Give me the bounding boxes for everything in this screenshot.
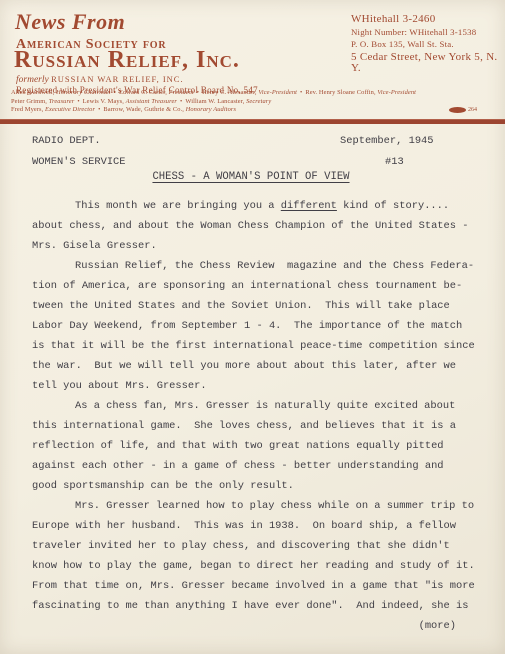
contact-po-box: P. O. Box 135, Wall St. Sta. <box>351 40 505 49</box>
paragraph-1: This month we are bringing you a differe… <box>32 196 488 256</box>
more-indicator: (more) <box>32 616 488 636</box>
union-bug-icon <box>449 107 466 113</box>
contact-address: 5 Cedar Street, New York 5, N. Y. <box>351 52 505 74</box>
formerly-name: RUSSIAN WAR RELIEF, INC. <box>51 74 184 84</box>
memo-issue-number: #13 <box>385 156 404 168</box>
letter-body: This month we are bringing you a differe… <box>32 196 488 636</box>
memo-title: CHESS - A WOMAN'S POINT OF VIEW <box>32 171 470 183</box>
memo-header-row-1: RADIO DEPT. September, 1945 <box>32 135 473 147</box>
paragraph-2: Russian Relief, the Chess Review magazin… <box>32 256 488 396</box>
formerly-prefix: formerly <box>16 75 49 85</box>
contact-phone: WHitehall 3-2460 <box>351 14 505 25</box>
memo-date: September, 1945 <box>340 135 434 147</box>
scanned-letter-page: News From American Society for Russian R… <box>0 0 505 654</box>
memo-service: WOMEN'S SERVICE <box>32 156 126 168</box>
contact-night-number: Night Number: WHitehall 3-1538 <box>351 28 505 37</box>
officers-row-1: Allen Wardwell, Honorary Chairman•Edward… <box>11 89 461 98</box>
paragraph-3: As a chess fan, Mrs. Gresser is naturall… <box>32 396 488 496</box>
paragraph-4: Mrs. Gresser learned how to play chess w… <box>32 496 488 616</box>
letterhead-officers-block: Allen Wardwell, Honorary Chairman•Edward… <box>11 89 461 115</box>
letterhead-contact-block: WHitehall 3-2460 Night Number: WHitehall… <box>351 14 505 77</box>
memo-header-row-2: WOMEN'S SERVICE #13 <box>32 156 473 168</box>
memo-dept: RADIO DEPT. <box>32 135 101 147</box>
letterhead-news-from: News From <box>15 9 125 35</box>
officers-row-3: Fred Myers, Executive Director•Barrow, W… <box>11 106 461 115</box>
letterhead-org-name: Russian Relief, Inc. <box>14 47 240 74</box>
letterhead-formerly-line: formerly RUSSIAN WAR RELIEF, INC. <box>16 74 184 85</box>
letterhead-divider-rule <box>0 119 505 124</box>
union-bug-number: 264 <box>468 107 477 113</box>
officers-row-2: Peter Grimm, Treasurer•Lewis V. Mays, As… <box>11 98 461 107</box>
underlined-word: different <box>281 200 337 212</box>
union-printers-bug: 264 <box>449 107 477 113</box>
